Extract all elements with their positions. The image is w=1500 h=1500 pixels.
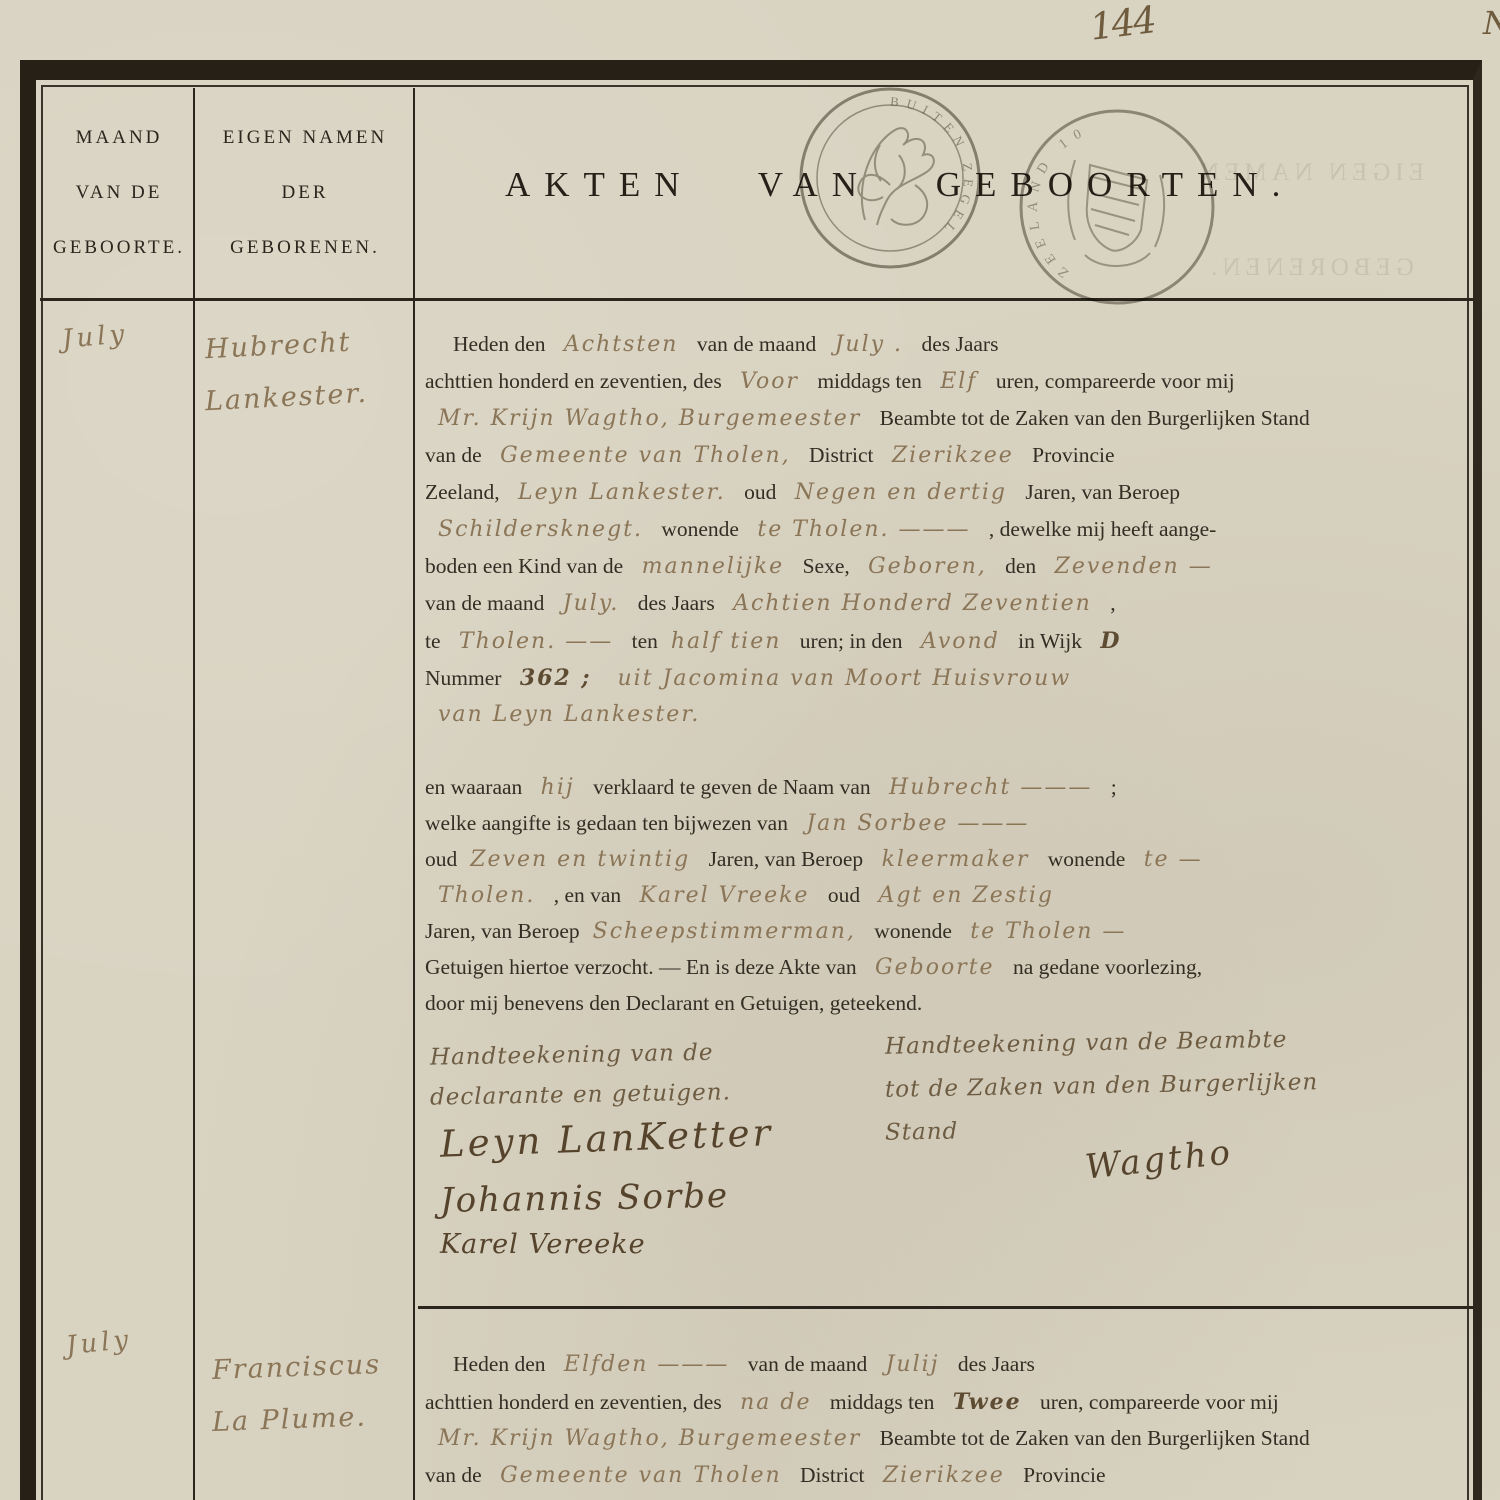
text-line: Lankester. [204, 368, 369, 428]
printed-text: Provincie [1018, 1463, 1106, 1487]
printed-text: Heden den [453, 1352, 551, 1376]
handwritten-text: Leyn Lankester. [518, 480, 726, 505]
text-line: en waaraan hij verklaard te geven de Naa… [425, 775, 1470, 811]
printed-text: District [804, 443, 879, 467]
text-line: oudZeven en twintig Jaren, van Beroep kl… [425, 847, 1470, 883]
ink-stamp-left: BUITEN ZEGEL [795, 85, 985, 270]
entry1-declarant-signature-label: Handteekening van dedeclarante en getuig… [430, 1035, 731, 1115]
text-line: Heden den Elfden ——— van de maand Julij … [425, 1352, 1470, 1389]
handwritten-text: half tien [671, 629, 782, 654]
handwritten-text: Gemeente van Tholen, [500, 443, 791, 468]
handwritten-text: Avond [921, 629, 1000, 654]
entry1-act-paragraph-1: Heden den Achtsten van de maand July . d… [425, 332, 1470, 739]
edge-ink-mark: N [1483, 4, 1500, 42]
handwritten-text: Scheepstimmerman, [593, 919, 856, 944]
text-line: Handteekening van de [430, 1032, 732, 1077]
handwritten-text: Mr. Krijn Wagtho, Burgemeester [438, 1426, 861, 1451]
column-header-month: MAANDVAN DEGEBOORTE. [46, 110, 192, 275]
handwritten-text: Tholen. —— [459, 629, 613, 654]
printed-text: te [425, 629, 446, 653]
entry1-child-name: HubrechtLankester. [205, 320, 368, 424]
handwritten-text: Gemeente van Tholen [500, 1463, 782, 1488]
printed-text: , dewelke mij heeft aange- [984, 517, 1217, 541]
printed-text: wonende [1042, 847, 1130, 871]
printed-text: wonende [869, 919, 957, 943]
handwritten-text: Zierikzee [892, 443, 1014, 468]
stamp-ring-text: BUITEN ZEGEL [889, 94, 976, 241]
handwritten-text: Elfden ——— [564, 1352, 730, 1377]
printed-text: oud [425, 847, 457, 871]
text-line: Jaren, van BeroepScheepstimmerman, wonen… [425, 919, 1470, 955]
entry2-act-paragraph-1: Heden den Elfden ——— van de maand Julij … [425, 1352, 1470, 1500]
printed-text: oud [822, 883, 865, 907]
printed-text: uren, compareerde voor mij [1035, 1390, 1279, 1414]
entry2-child-name: FranciscusLa Plume. [212, 1342, 381, 1446]
text-line: van Leyn Lankester. [425, 702, 1470, 739]
printed-text: District [795, 1463, 870, 1487]
text-line: boden een Kind van de mannelijke Sexe, G… [425, 554, 1470, 591]
handwritten-text: Geboren, [868, 554, 987, 579]
printed-text: en waaraan [425, 775, 528, 799]
printed-text: des Jaars [916, 332, 998, 356]
text-line: Nummer 362 ;uit Jacomina van Moort Huisv… [425, 665, 1470, 702]
handwritten-text: kleermaker [882, 847, 1030, 872]
handwritten-text: Voor [740, 369, 799, 394]
entry-separator-rule [418, 1306, 1473, 1309]
text-line: van de Gemeente van Tholen District Zier… [425, 1463, 1470, 1500]
printed-text: welke aangifte is gedaan ten bijwezen va… [425, 811, 793, 835]
text-line: tot de Zaken van den Burgerlijken [885, 1061, 1319, 1112]
handwritten-text: Jan Sorbee ——— [806, 811, 1029, 836]
printed-text: Jaren, van Beroep [425, 919, 580, 943]
handwritten-text: Agt en Zestig [878, 883, 1054, 908]
entry1-registrar-signature-label: Handteekening van de Beambtetot de Zaken… [885, 1022, 1318, 1151]
handwritten-text-dark: Twee [953, 1389, 1022, 1415]
handwritten-text: Tholen. [438, 883, 535, 908]
entry1-declarant-signatures: Leyn LanKetterJohannis SorbeKarel Vereek… [440, 1108, 773, 1264]
handwritten-text: Elf [940, 369, 977, 394]
text-line: Mr. Krijn Wagtho, Burgemeester Beambte t… [425, 406, 1470, 443]
printed-text: van de [425, 443, 487, 467]
text-line: te Tholen. —— tenhalf tien uren; in den … [425, 628, 1470, 665]
ink-stamp-right: ZEELAND 10 [1015, 105, 1220, 310]
printed-text: Zeeland, [425, 480, 505, 504]
handwritten-text: Karel Vreeke [640, 883, 810, 908]
text-line: Johannis Sorbe [440, 1167, 774, 1229]
handwritten-text: na de [740, 1390, 811, 1415]
page-number-handwritten: 144 [1088, 0, 1157, 49]
printed-text: , en van [548, 883, 626, 907]
handwritten-text: van Leyn Lankester. [438, 702, 700, 727]
handwritten-text: July. [563, 591, 620, 616]
text-line: welke aangifte is gedaan ten bijwezen va… [425, 811, 1470, 847]
text-line: Leyn LanKetter [439, 1102, 774, 1176]
printed-text: des Jaars [632, 591, 720, 615]
handwritten-text: mannelijke [642, 554, 785, 579]
printed-text: middags ten [812, 369, 927, 393]
handwritten-text: Mr. Krijn Wagtho, Burgemeester [438, 406, 861, 431]
text-line: achttien honderd en zeventien, des Voor … [425, 369, 1470, 406]
text-line: Schildersknegt. wonende te Tholen. ——— ,… [425, 517, 1470, 554]
printed-text: in Wijk [1013, 629, 1088, 653]
handwritten-text: te Tholen. ——— [757, 517, 970, 542]
printed-text: des Jaars [952, 1352, 1034, 1376]
printed-text: achttien honderd en zeventien, des [425, 369, 727, 393]
text-line: van de Gemeente van Tholen, District Zie… [425, 443, 1470, 480]
text-line: VAN DE [46, 165, 192, 220]
handwritten-text: Negen en dertig [795, 480, 1007, 505]
text-line: EIGEN NAMEN [200, 110, 410, 165]
column-header-names: EIGEN NAMENDERGEBORENEN. [200, 110, 410, 275]
handwritten-text-dark: D [1100, 628, 1121, 654]
printed-text: Sexe, [797, 554, 855, 578]
text-line: Tholen. , en van Karel Vreeke oud Agt en… [425, 883, 1470, 919]
scanned-birth-register-page: { "colors":{"paper":"#d9d3c2","frame_ink… [0, 0, 1500, 1500]
handwritten-text-dark: 362 ; [520, 665, 592, 691]
printed-text: den [1000, 554, 1042, 578]
handwritten-text: te Tholen — [970, 919, 1126, 944]
printed-text: Beambte tot de Zaken van den Burgerlijke… [874, 1426, 1309, 1450]
printed-text: door mij benevens den Declarant en Getui… [425, 991, 922, 1015]
handwritten-text: Zeven en twintig [470, 847, 690, 872]
printed-text: uren; in den [794, 629, 907, 653]
coat-of-arms-stamp-emblem: ZEELAND 10 [1015, 105, 1220, 310]
text-line: GEBOORTE. [46, 220, 192, 275]
printed-text: Heden den [453, 332, 551, 356]
printed-text: van de maand [742, 1352, 872, 1376]
printed-text: wonende [656, 517, 744, 541]
text-line: La Plume. [211, 1391, 382, 1449]
entry1-month: July [61, 319, 130, 355]
entry1-act-paragraph-2: en waaraan hij verklaard te geven de Naa… [425, 775, 1470, 1027]
handwritten-text: Achtsten [564, 332, 679, 357]
printed-text: van de maand [425, 591, 550, 615]
printed-text: , [1105, 591, 1116, 615]
printed-text: van de [425, 1463, 487, 1487]
text-line: Hubrecht [204, 316, 369, 376]
text-line: Getuigen hiertoe verzocht. — En is deze … [425, 955, 1470, 991]
printed-text: middags ten [824, 1390, 939, 1414]
printed-text: Beambte tot de Zaken van den Burgerlijke… [874, 406, 1309, 430]
printed-text: Provincie [1027, 443, 1115, 467]
printed-text: Jaren, van Beroep [703, 847, 868, 871]
printed-text: Nummer [425, 666, 507, 690]
text-line: DER [200, 165, 410, 220]
handwritten-text: Zierikzee [883, 1463, 1005, 1488]
handwritten-text: Schildersknegt. [438, 517, 643, 542]
printed-text: Jaren, van Beroep [1020, 480, 1180, 504]
handwritten-text: Zevenden — [1055, 554, 1213, 579]
text-line: Heden den Achtsten van de maand July . d… [425, 332, 1470, 369]
printed-text: boden een Kind van de [425, 554, 629, 578]
printed-text: van de maand [691, 332, 821, 356]
handwritten-text: Achtien Honderd Zeventien [733, 591, 1092, 616]
text-line: GEBORENEN. [200, 220, 410, 275]
handwritten-text: te — [1144, 847, 1203, 872]
text-line: Mr. Krijn Wagtho, Burgemeester Beambte t… [425, 1426, 1470, 1463]
handwritten-text: hij [541, 775, 575, 800]
printed-text: uren, compareerde voor mij [990, 369, 1234, 393]
text-line: Karel Vereeke [440, 1226, 773, 1264]
text-line: MAAND [46, 110, 192, 165]
printed-text: ten [626, 629, 658, 653]
handwritten-text: Geboorte [875, 955, 995, 980]
printed-text: ; [1105, 775, 1116, 799]
rooster-plant-stamp-emblem: BUITEN ZEGEL [795, 85, 985, 270]
handwritten-text: Hubrecht ——— [889, 775, 1092, 800]
printed-text: na gedane voorlezing, [1008, 955, 1203, 979]
printed-text: Getuigen hiertoe verzocht. — En is deze … [425, 955, 862, 979]
handwritten-text: July . [835, 332, 903, 357]
text-line: achttien honderd en zeventien, des na de… [425, 1389, 1470, 1426]
text-line: Handteekening van de Beambte [885, 1018, 1319, 1069]
handwritten-text: uit Jacomina van Moort Huisvrouw [618, 666, 1072, 691]
printed-text: achttien honderd en zeventien, des [425, 1390, 727, 1414]
text-line: Zeeland, Leyn Lankester. oud Negen en de… [425, 480, 1470, 517]
text-line: van de maand July. des Jaars Achtien Hon… [425, 591, 1470, 628]
printed-text: oud [739, 480, 782, 504]
svg-text:BUITEN ZEGEL: BUITEN ZEGEL [889, 94, 976, 241]
handwritten-text: Julij [886, 1352, 940, 1377]
printed-text: verklaard te geven de Naam van [588, 775, 876, 799]
text-line: Franciscus [211, 1339, 382, 1397]
